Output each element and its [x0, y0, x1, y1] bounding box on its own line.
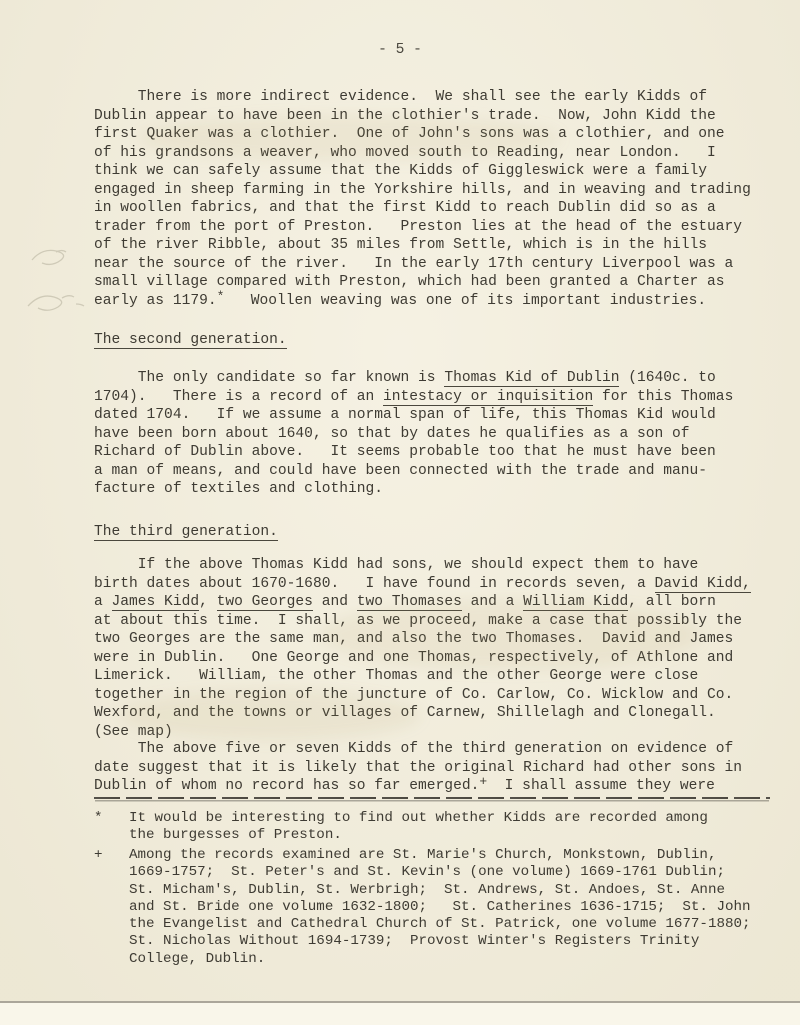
text-segment: at about this time. I shall, as we proce… — [94, 613, 742, 629]
text-segment: were in Dublin. One George and one Thoma… — [94, 650, 733, 666]
paper-sheet: - 5 - There is more indirect evidence. W… — [0, 0, 800, 1003]
underlined-text: two Thomases — [357, 594, 462, 611]
text-segment: two Georges are the same man, and also t… — [94, 631, 733, 647]
footnote-asterisk: *It would be interesting to find out whe… — [94, 810, 770, 845]
text-line: If the above Thomas Kidd had sons, we sh… — [94, 556, 770, 575]
text-segment: Woollen weaving was one of its important… — [224, 293, 706, 309]
text-line: Richard of Dublin above. It seems probab… — [94, 443, 770, 462]
text-segment: for this Thomas — [593, 389, 733, 405]
text-segment: The only candidate so far known is — [94, 370, 444, 386]
text-segment: St. Micham's, Dublin, St. Werbrigh; St. … — [129, 882, 725, 898]
text-line: Among the records examined are St. Marie… — [129, 847, 751, 864]
text-line: The third generation. — [94, 523, 770, 542]
underlined-text: William Kidd — [523, 594, 628, 611]
text-segment: dated 1704. If we assume a normal span o… — [94, 407, 716, 423]
text-line: date suggest that it is likely that the … — [94, 759, 770, 778]
text-line: Dublin of whom no record has so far emer… — [94, 777, 770, 796]
text-segment: the Evangelist and Cathedral Church of S… — [129, 916, 751, 932]
text-segment: have been born about 1640, so that by da… — [94, 426, 690, 442]
underlined-text: The third generation. — [94, 524, 278, 541]
superscript-marker: + — [479, 774, 487, 789]
text-line: have been born about 1640, so that by da… — [94, 425, 770, 444]
underlined-text: two Georges — [217, 594, 313, 611]
text-line: 1669-1757; St. Peter's and St. Kevin's (… — [129, 864, 751, 881]
text-line: College, Dublin. — [129, 951, 751, 968]
text-line: of the river Ribble, about 35 miles from… — [94, 236, 770, 255]
text-segment: and St. Bride one volume 1632-1800; St. … — [129, 899, 751, 915]
text-line: in woollen fabrics, and that the first K… — [94, 199, 770, 218]
text-segment: (See map) — [94, 724, 173, 740]
text-segment: Wexford, and the towns or villages of Ca… — [94, 705, 716, 721]
underlined-text: The second generation. — [94, 332, 287, 349]
page-number: - 5 - — [0, 42, 800, 58]
text-line: St. Micham's, Dublin, St. Werbrigh; St. … — [129, 882, 751, 899]
pencil-mark-2 — [16, 284, 96, 322]
text-segment: I shall assume they were — [487, 778, 715, 794]
scanned-document-page: { "page": { "number": "- 5 -" }, "colors… — [0, 0, 800, 1025]
text-line: a James Kidd, two Georges and two Thomas… — [94, 593, 770, 612]
text-segment: and — [313, 594, 357, 610]
text-line: and St. Bride one volume 1632-1800; St. … — [129, 899, 751, 916]
text-segment: St. Nicholas Without 1694-1739; Provost … — [129, 933, 699, 949]
text-line: (See map) — [94, 723, 770, 742]
underlined-text: intestacy or inquisition — [383, 389, 593, 406]
text-line: two Georges are the same man, and also t… — [94, 630, 770, 649]
text-line: first Quaker was a clothier. One of John… — [94, 125, 770, 144]
footnote-marker: + — [94, 847, 129, 968]
third-generation-heading: The third generation. — [94, 523, 770, 542]
text-line: The above five or seven Kidds of the thi… — [94, 740, 770, 759]
footnote-marker: * — [94, 810, 129, 845]
text-segment: small village compared with Preston, whi… — [94, 274, 725, 290]
text-segment: a man of means, and could have been conn… — [94, 463, 707, 479]
text-segment: think we can safely assume that the Kidd… — [94, 163, 707, 179]
footnote-rule — [94, 796, 770, 800]
text-segment: in woollen fabrics, and that the first K… — [94, 200, 716, 216]
text-segment: a — [94, 594, 112, 610]
text-segment: engaged in sheep farming in the Yorkshir… — [94, 182, 751, 198]
text-segment: The above five or seven Kidds of the thi… — [94, 741, 733, 757]
text-line: There is more indirect evidence. We shal… — [94, 88, 770, 107]
text-line: a man of means, and could have been conn… — [94, 462, 770, 481]
text-line: Wexford, and the towns or villages of Ca… — [94, 704, 770, 723]
text-segment: date suggest that it is likely that the … — [94, 760, 742, 776]
text-line: The second generation. — [94, 331, 770, 350]
footnote-text: It would be interesting to find out whet… — [129, 810, 708, 845]
pencil-mark-1 — [22, 240, 92, 276]
text-segment: , all born — [628, 594, 716, 610]
text-line: Dublin appear to have been in the clothi… — [94, 107, 770, 126]
text-line: small village compared with Preston, whi… — [94, 273, 770, 292]
text-line: together in the region of the juncture o… — [94, 686, 770, 705]
text-segment: Dublin of whom no record has so far emer… — [94, 778, 479, 794]
second-generation-paragraph: The only candidate so far known is Thoma… — [94, 369, 770, 499]
footnote-dagger: +Among the records examined are St. Mari… — [94, 847, 770, 968]
underlined-text: Thomas Kid of Dublin — [444, 370, 619, 387]
text-line: The only candidate so far known is Thoma… — [94, 369, 770, 388]
text-line: early as 1179.* Woollen weaving was one … — [94, 292, 770, 311]
text-segment: trader from the port of Preston. Preston… — [94, 219, 742, 235]
text-segment: early as 1179. — [94, 293, 217, 309]
scan-background — [0, 1003, 800, 1025]
text-line: St. Nicholas Without 1694-1739; Provost … — [129, 933, 751, 950]
text-line: were in Dublin. One George and one Thoma… — [94, 649, 770, 668]
text-segment: birth dates about 1670-1680. I have foun… — [94, 576, 655, 592]
text-line: engaged in sheep farming in the Yorkshir… — [94, 181, 770, 200]
text-segment: (1640c. to — [619, 370, 715, 386]
text-line: near the source of the river. In the ear… — [94, 255, 770, 274]
text-line: the burgesses of Preston. — [129, 827, 708, 844]
text-line: the Evangelist and Cathedral Church of S… — [129, 916, 751, 933]
text-segment: 1669-1757; St. Peter's and St. Kevin's (… — [129, 864, 725, 880]
text-line: dated 1704. If we assume a normal span o… — [94, 406, 770, 425]
text-segment: facture of textiles and clothing. — [94, 481, 383, 497]
second-generation-heading: The second generation. — [94, 331, 770, 350]
text-line: trader from the port of Preston. Preston… — [94, 218, 770, 237]
text-segment: Limerick. William, the other Thomas and … — [94, 668, 698, 684]
underlined-text: James Kidd — [112, 594, 200, 611]
text-line: Limerick. William, the other Thomas and … — [94, 667, 770, 686]
text-segment: together in the region of the juncture o… — [94, 687, 733, 703]
text-segment: and a — [462, 594, 523, 610]
text-line: facture of textiles and clothing. — [94, 480, 770, 499]
text-segment: Among the records examined are St. Marie… — [129, 847, 716, 863]
text-segment: College, Dublin. — [129, 951, 265, 967]
text-segment: of the river Ribble, about 35 miles from… — [94, 237, 707, 253]
text-segment: , — [199, 594, 217, 610]
text-segment: There is more indirect evidence. We shal… — [94, 89, 707, 105]
underlined-text: David Kidd, — [655, 576, 751, 593]
text-segment: first Quaker was a clothier. One of John… — [94, 126, 725, 142]
text-segment: near the source of the river. In the ear… — [94, 256, 733, 272]
text-segment: It would be interesting to find out whet… — [129, 810, 708, 826]
text-line: It would be interesting to find out whet… — [129, 810, 708, 827]
summary-paragraph: The above five or seven Kidds of the thi… — [94, 740, 770, 796]
text-segment: Richard of Dublin above. It seems probab… — [94, 444, 716, 460]
text-line: birth dates about 1670-1680. I have foun… — [94, 575, 770, 594]
text-segment: If the above Thomas Kidd had sons, we sh… — [94, 557, 698, 573]
text-segment: of his grandsons a weaver, who moved sou… — [94, 145, 716, 161]
footnote-text: Among the records examined are St. Marie… — [129, 847, 751, 968]
text-segment: Dublin appear to have been in the clothi… — [94, 108, 716, 124]
third-generation-paragraph: If the above Thomas Kidd had sons, we sh… — [94, 556, 770, 741]
intro-paragraph: There is more indirect evidence. We shal… — [94, 88, 770, 311]
text-line: at about this time. I shall, as we proce… — [94, 612, 770, 631]
text-segment: the burgesses of Preston. — [129, 827, 342, 843]
text-line: 1704). There is a record of an intestacy… — [94, 388, 770, 407]
text-line: of his grandsons a weaver, who moved sou… — [94, 144, 770, 163]
superscript-marker: * — [217, 289, 225, 304]
text-line: think we can safely assume that the Kidd… — [94, 162, 770, 181]
text-segment: 1704). There is a record of an — [94, 389, 383, 405]
